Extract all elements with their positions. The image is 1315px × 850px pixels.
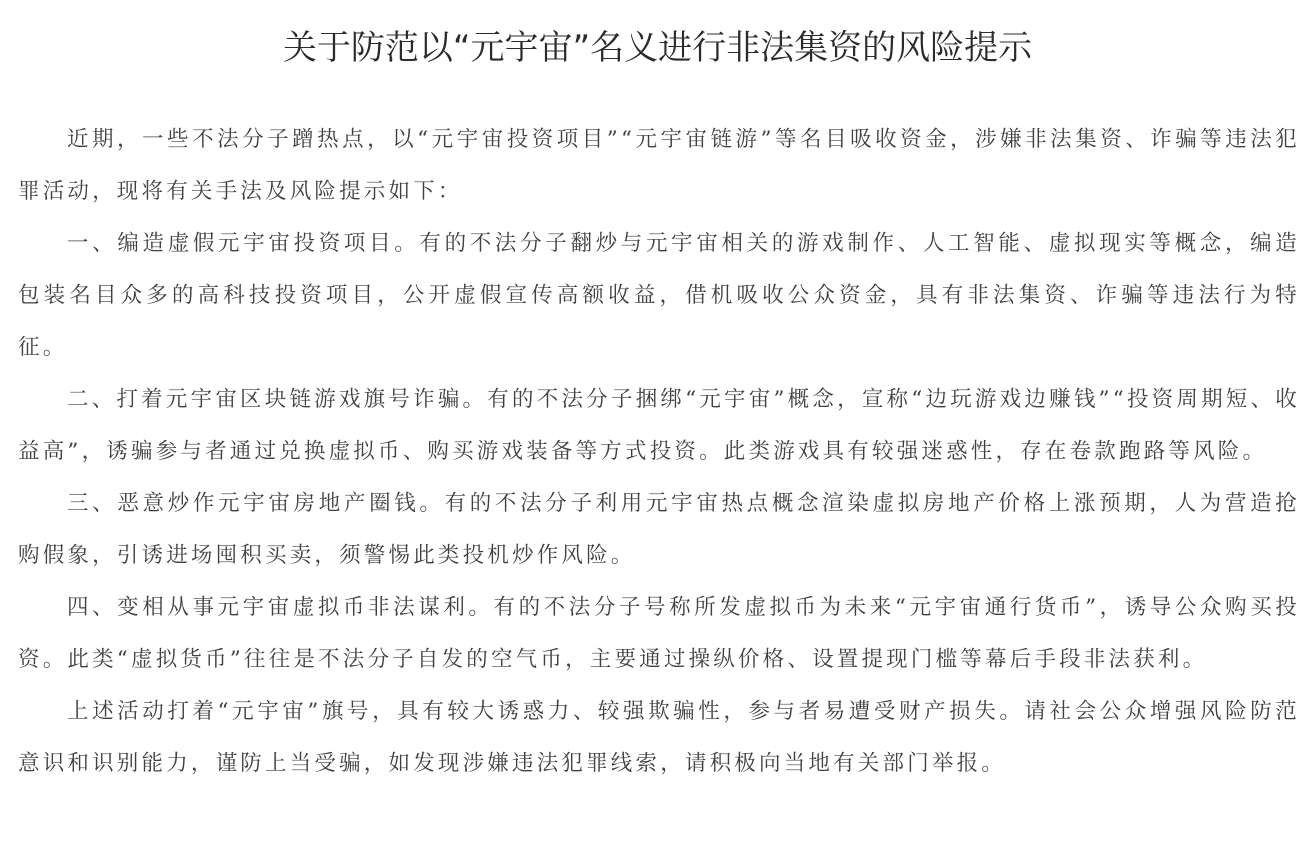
paragraph-item-3: 三、恶意炒作元宇宙房地产圈钱。有的不法分子利用元宇宙热点概念渲染虚拟房地产价格上…	[18, 478, 1300, 582]
paragraph-item-4: 四、变相从事元宇宙虚拟币非法谋利。有的不法分子号称所发虚拟币为未来“元宇宙通行货…	[18, 582, 1300, 686]
document-title: 关于防范以“元宇宙”名义进行非法集资的风险提示	[0, 22, 1315, 74]
paragraph-item-1: 一、编造虚假元宇宙投资项目。有的不法分子翻炒与元宇宙相关的游戏制作、人工智能、虚…	[18, 218, 1300, 374]
paragraph-item-2: 二、打着元宇宙区块链游戏旗号诈骗。有的不法分子捆绑“元宇宙”概念，宣称“边玩游戏…	[18, 374, 1300, 478]
paragraph-intro: 近期，一些不法分子蹭热点，以“元宇宙投资项目”“元宇宙链游”等名目吸收资金，涉嫌…	[18, 114, 1300, 218]
paragraph-conclusion: 上述活动打着“元宇宙”旗号，具有较大诱惑力、较强欺骗性，参与者易遭受财产损失。请…	[18, 686, 1300, 790]
document-body: 近期，一些不法分子蹭热点，以“元宇宙投资项目”“元宇宙链游”等名目吸收资金，涉嫌…	[18, 114, 1300, 790]
